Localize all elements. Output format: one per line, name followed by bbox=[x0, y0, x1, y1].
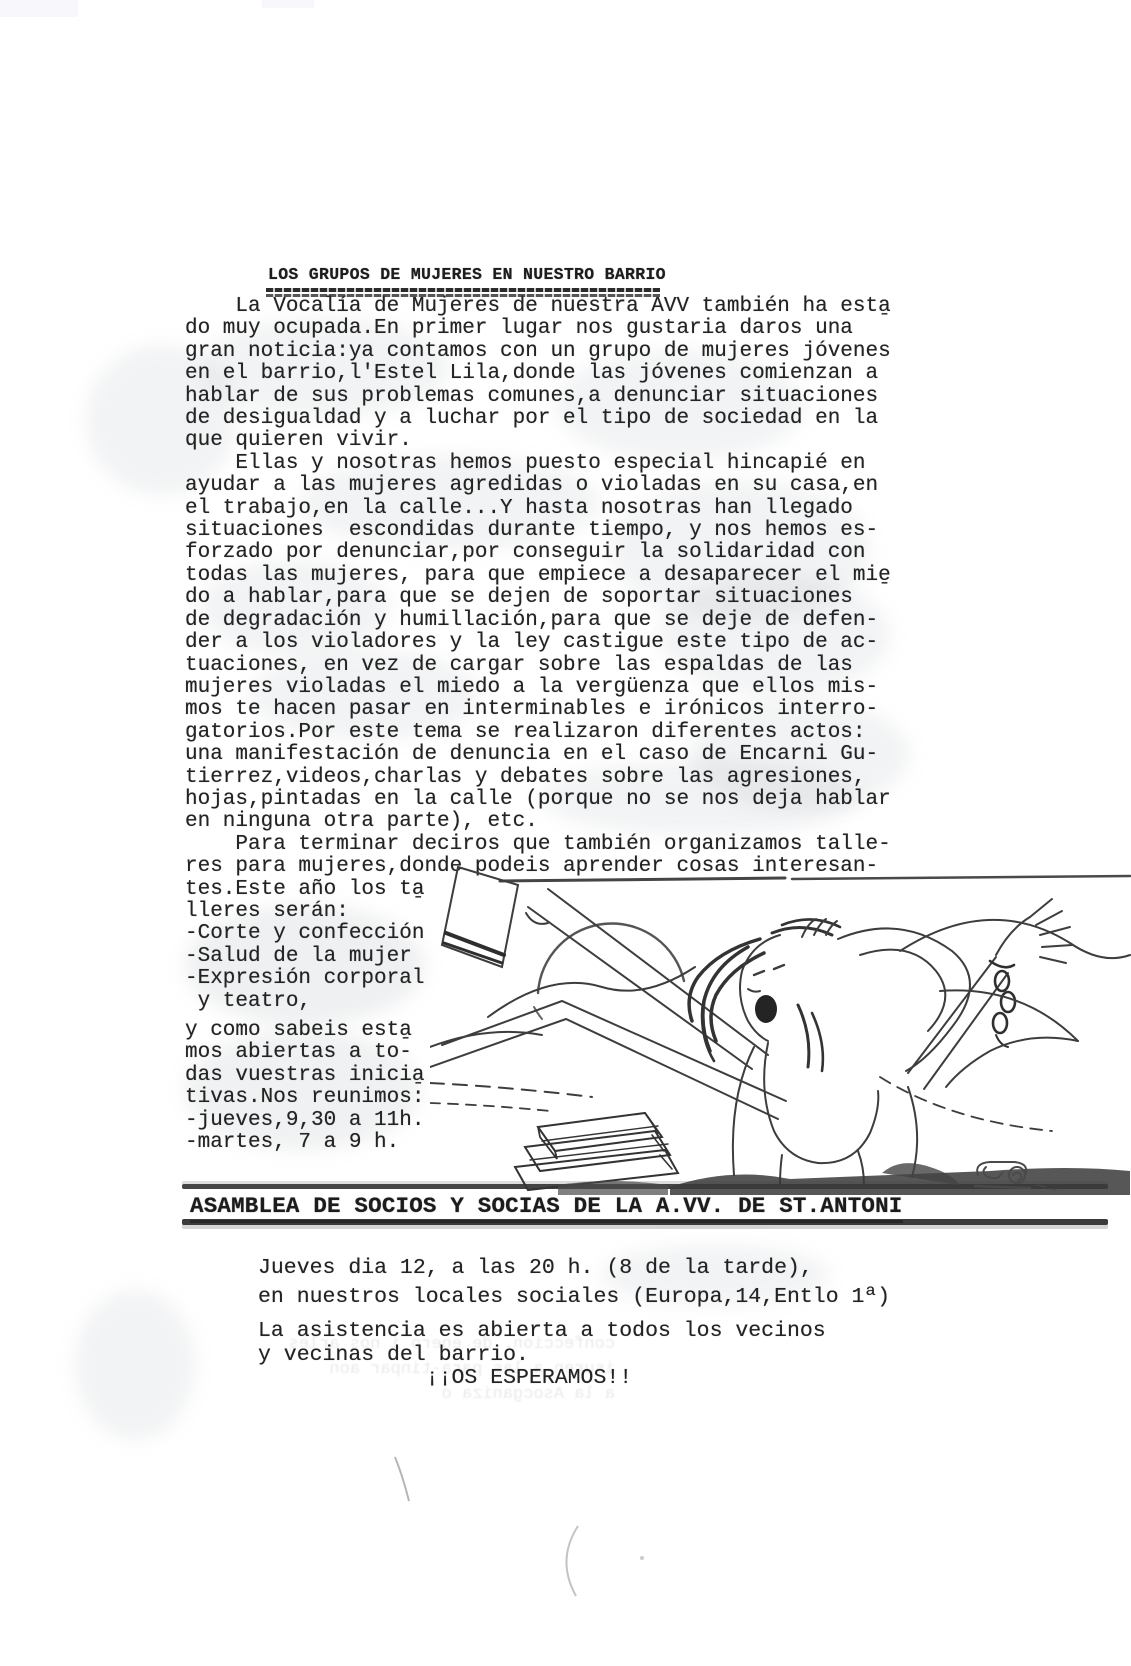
smudge bbox=[75, 1290, 195, 1440]
open-mouth bbox=[755, 995, 777, 1023]
raised-hand bbox=[996, 899, 1072, 963]
woman-liberation-illustration bbox=[430, 855, 1131, 1200]
arm-over-head bbox=[802, 919, 970, 1071]
title-underline bbox=[266, 288, 660, 292]
face bbox=[740, 935, 784, 1041]
scan-artifact bbox=[262, 0, 314, 8]
assembly-schedule: Jueves dia 12, a las 20 h. (8 de la tard… bbox=[258, 1254, 890, 1312]
scanned-newsletter-page: LOS GRUPOS DE MUJERES EN NUESTRO BARRIO … bbox=[0, 0, 1131, 1666]
pen-mark-dot bbox=[640, 1556, 644, 1560]
left-arm bbox=[430, 1001, 786, 1119]
books-stack bbox=[515, 1113, 678, 1190]
hills bbox=[430, 920, 1130, 1047]
title-underline bbox=[266, 294, 660, 297]
pen-mark-slash bbox=[385, 1455, 425, 1505]
page-title: LOS GRUPOS DE MUJERES EN NUESTRO BARRIO bbox=[268, 265, 666, 284]
book-arm bbox=[526, 889, 768, 1069]
broken-chain-shackle bbox=[990, 961, 1015, 1047]
book-icon bbox=[442, 867, 518, 967]
assembly-attendance: La asistencia es abierta a todos los vec… bbox=[258, 1320, 826, 1391]
meetings-text: y como sabeis esta̱ mos abiertas a to- d… bbox=[185, 1020, 424, 1154]
ground bbox=[558, 1163, 1130, 1195]
illustration-top-rule bbox=[500, 876, 1130, 881]
scan-artifact bbox=[0, 0, 78, 17]
torso bbox=[733, 1043, 917, 1185]
pen-mark-parenthesis bbox=[548, 1522, 593, 1602]
